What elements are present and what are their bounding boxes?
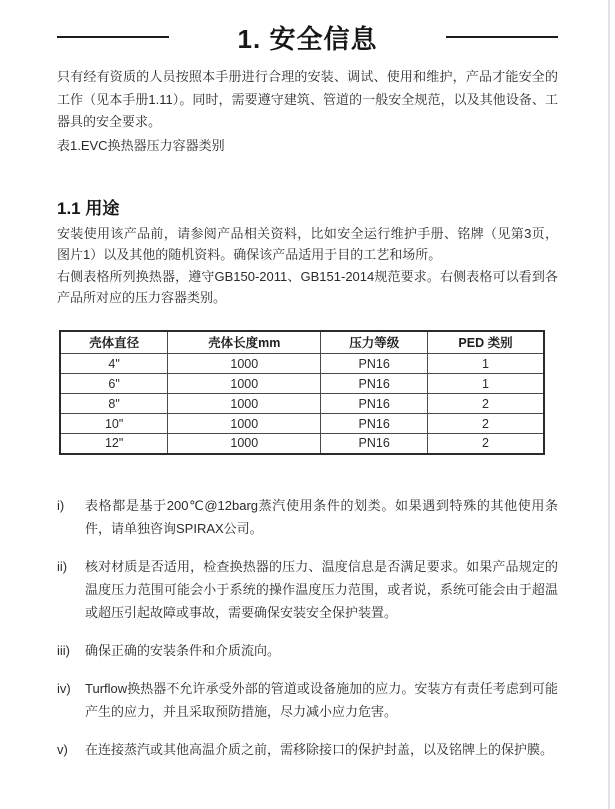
cell-pressure: PN16 bbox=[321, 414, 428, 434]
cell-pressure: PN16 bbox=[321, 394, 428, 414]
page-title: 1. 安全信息 bbox=[238, 19, 378, 56]
table-caption: 表1.EVC换热器压力容器类别 bbox=[57, 136, 558, 156]
note-marker: ii) bbox=[57, 555, 85, 624]
table-body: 4" 1000 PN16 1 6" 1000 PN16 1 8" 1000 PN… bbox=[60, 354, 544, 454]
cell-pressure: PN16 bbox=[321, 354, 428, 374]
column-header-shell-length: 壳体长度mm bbox=[168, 331, 321, 354]
table-row: 10" 1000 PN16 2 bbox=[60, 414, 544, 434]
column-header-ped-category: PED 类别 bbox=[428, 331, 544, 354]
table-header-row: 壳体直径 壳体长度mm 压力等级 PED 类别 bbox=[60, 331, 544, 354]
cell-length: 1000 bbox=[168, 354, 321, 374]
note-text: 在连接蒸汽或其他高温介质之前，需移除接口的保护封盖，以及铭牌上的保护膜。 bbox=[85, 738, 558, 761]
cell-diameter: 12" bbox=[60, 434, 168, 454]
note-text: 核对材质是否适用，检查换热器的压力、温度信息是否满足要求。如果产品规定的温度压力… bbox=[85, 555, 558, 624]
note-text: 确保正确的安装条件和介质流向。 bbox=[85, 639, 558, 662]
cell-ped: 2 bbox=[428, 394, 544, 414]
cell-length: 1000 bbox=[168, 434, 321, 454]
cell-length: 1000 bbox=[168, 414, 321, 434]
table-row: 12" 1000 PN16 2 bbox=[60, 434, 544, 454]
column-header-shell-diameter: 壳体直径 bbox=[60, 331, 168, 354]
table-header: 壳体直径 壳体长度mm 压力等级 PED 类别 bbox=[60, 331, 544, 354]
note-marker: v) bbox=[57, 738, 85, 761]
safety-notes-list: i) 表格都是基于200℃@12barg蒸汽使用条件的划类。如果遇到特殊的其他使… bbox=[57, 494, 558, 761]
note-item-iv: iv) Turflow换热器不允许承受外部的管道或设备施加的应力。安装方有责任考… bbox=[57, 677, 558, 723]
cell-ped: 2 bbox=[428, 414, 544, 434]
title-rule-right bbox=[446, 36, 558, 38]
note-text: Turflow换热器不允许承受外部的管道或设备施加的应力。安装方有责任考虑到可能… bbox=[85, 677, 558, 723]
note-marker: i) bbox=[57, 494, 85, 540]
note-item-ii: ii) 核对材质是否适用，检查换热器的压力、温度信息是否满足要求。如果产品规定的… bbox=[57, 555, 558, 624]
note-text: 表格都是基于200℃@12barg蒸汽使用条件的划类。如果遇到特殊的其他使用条件… bbox=[85, 494, 558, 540]
cell-pressure: PN16 bbox=[321, 434, 428, 454]
cell-diameter: 4" bbox=[60, 354, 168, 374]
note-item-i: i) 表格都是基于200℃@12barg蒸汽使用条件的划类。如果遇到特殊的其他使… bbox=[57, 494, 558, 540]
cell-length: 1000 bbox=[168, 374, 321, 394]
note-item-iii: iii) 确保正确的安装条件和介质流向。 bbox=[57, 639, 558, 662]
cell-diameter: 10" bbox=[60, 414, 168, 434]
cell-diameter: 8" bbox=[60, 394, 168, 414]
note-marker: iv) bbox=[57, 677, 85, 723]
note-marker: iii) bbox=[57, 639, 85, 662]
section-heading: 1.1 用途 bbox=[57, 194, 558, 219]
pressure-vessel-table: 壳体直径 壳体长度mm 压力等级 PED 类别 4" 1000 PN16 1 6… bbox=[59, 330, 545, 455]
cell-ped: 1 bbox=[428, 374, 544, 394]
document-page: 1. 安全信息 只有经有资质的人员按照本手册进行合理的安装、调试、使用和维护，产… bbox=[0, 0, 615, 809]
cell-pressure: PN16 bbox=[321, 374, 428, 394]
title-row: 1. 安全信息 bbox=[57, 20, 558, 54]
title-rule-left bbox=[57, 36, 169, 38]
table-row: 4" 1000 PN16 1 bbox=[60, 354, 544, 374]
page-edge-divider bbox=[608, 0, 610, 809]
table-row: 8" 1000 PN16 2 bbox=[60, 394, 544, 414]
column-header-pressure-rating: 压力等级 bbox=[321, 331, 428, 354]
table-row: 6" 1000 PN16 1 bbox=[60, 374, 544, 394]
cell-diameter: 6" bbox=[60, 374, 168, 394]
section-paragraph-2: 右侧表格所列换热器，遵守GB150-2011、GB151-2014规范要求。右侧… bbox=[57, 266, 558, 309]
cell-length: 1000 bbox=[168, 394, 321, 414]
intro-paragraph: 只有经有资质的人员按照本手册进行合理的安装、调试、使用和维护，产品才能安全的工作… bbox=[57, 66, 558, 134]
note-item-v: v) 在连接蒸汽或其他高温介质之前，需移除接口的保护封盖，以及铭牌上的保护膜。 bbox=[57, 738, 558, 761]
page-content: 1. 安全信息 只有经有资质的人员按照本手册进行合理的安装、调试、使用和维护，产… bbox=[0, 0, 615, 761]
cell-ped: 1 bbox=[428, 354, 544, 374]
section-paragraph-1: 安装使用该产品前，请参阅产品相关资料，比如安全运行维护手册、铭牌（见第3页，图片… bbox=[57, 223, 558, 266]
cell-ped: 2 bbox=[428, 434, 544, 454]
